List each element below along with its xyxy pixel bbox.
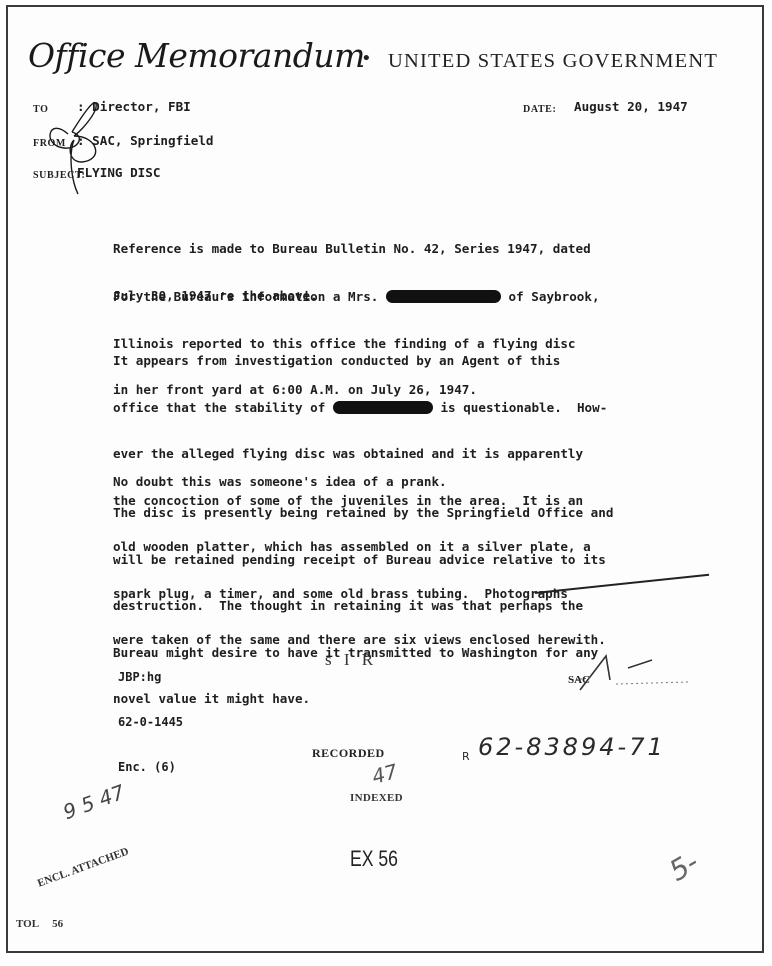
paragraph-1-line: Reference is made to Bureau Bulletin No.… [113, 241, 591, 257]
bottom-left-stamp: TOL 56 [16, 918, 63, 930]
date-label: DATE: [523, 104, 556, 115]
handwritten-loop-icon [38, 96, 108, 196]
paragraph-3-line: It appears from investigation conducted … [113, 353, 607, 369]
recorded-stamp: RECORDED [312, 746, 385, 761]
paragraph-5-line: novel value it might have. [113, 691, 613, 707]
memo-title: Office Memorandum [28, 36, 365, 75]
paragraph-5-line: will be retained pending receipt of Bure… [113, 552, 613, 568]
indexed-stamp: INDEXED [350, 792, 403, 804]
paragraph-5-line: The disc is presently being retained by … [113, 505, 613, 521]
signature-stamp: SAC [568, 650, 698, 694]
paragraph-2-line: For the Bureau's information a Mrs. of S… [113, 289, 600, 305]
irs-stamp: s I R [325, 650, 377, 670]
file-prefix: R [462, 750, 470, 763]
agency-name: UNITED STATES GOVERNMENT [388, 50, 718, 73]
typist-initials: JBP:hg [118, 670, 183, 685]
date-value: August 20, 1947 [574, 99, 688, 115]
redaction-block [386, 290, 501, 303]
redaction-block [333, 401, 433, 414]
paragraph-5: The disc is presently being retained by … [113, 474, 613, 722]
reference-block: JBP:hg 62-0-1445 Enc. (6) [118, 640, 183, 790]
handwritten-file-number: 62-83894-71 [478, 733, 666, 761]
paragraph-5-line: destruction. The thought in retaining it… [113, 598, 613, 614]
paragraph-3-line: office that the stability of is question… [113, 400, 607, 416]
file-number: 62-0-1445 [118, 715, 183, 730]
title-separator: • [361, 48, 372, 69]
signature-scribble-icon [568, 650, 698, 694]
enclosures-count: Enc. (6) [118, 760, 183, 775]
ex-stamp: EX 56 [350, 846, 398, 872]
